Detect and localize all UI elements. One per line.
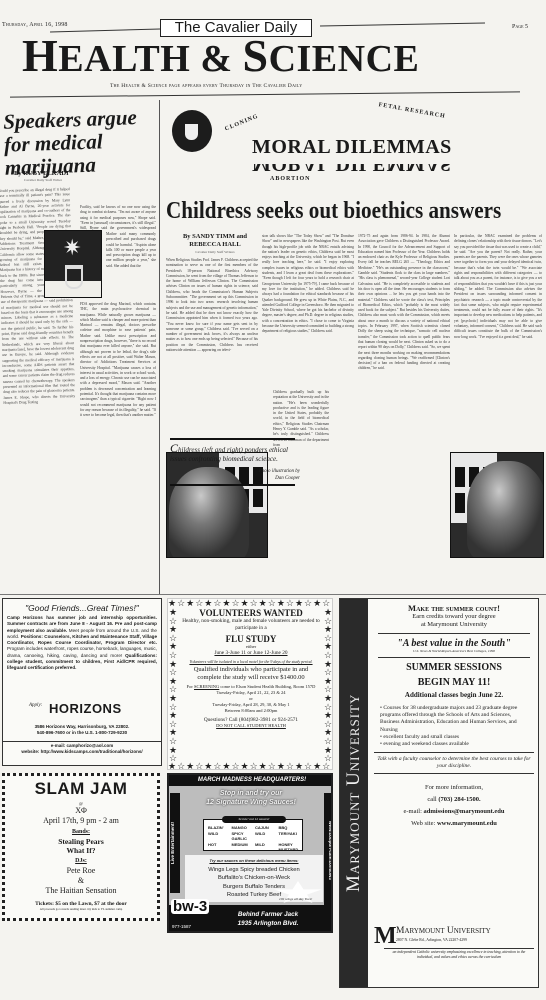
phone: 977-1587 (172, 924, 191, 929)
bullet-list: Courses for 38 undergraduate majors and … (380, 705, 532, 748)
notice: DO NOT CALL STUDENT HEALTH (181, 723, 321, 729)
hours: Between 8:00am and 2:00pm (181, 708, 321, 714)
keyword-fetal-research: FETAL RESEARCH (378, 102, 446, 120)
ad-contact: 3586 Horizons Way, Harrisonburg, VA 2280… (3, 724, 161, 735)
title-initial-h: H (22, 30, 58, 81)
menu-item: Wings Legs Spicy breaded Chicken (185, 866, 323, 875)
phone-number: (703) 284-1500. (438, 796, 480, 803)
apply-label: Apply: (29, 703, 42, 708)
ad-bw3[interactable]: MARCH MADNESS HEADQUARTERS! Stop in and … (167, 773, 333, 933)
dj-ampersand: & (5, 876, 157, 886)
headline-line: 12 Signature Wing Sauces! (183, 798, 319, 807)
logo-address: 2807 N. Glebe Rd., Arlington, VA 22207-4… (396, 938, 467, 942)
photo-caption: Childress (left and right) ponders ethic… (170, 438, 295, 464)
person-silhouette (169, 467, 249, 558)
ads-divider (0, 594, 546, 595)
phone: 540-896-7600 or in the U.S. 1-800-729-92… (3, 730, 161, 736)
sidebar-text: Marymount University (343, 605, 365, 981)
proceeds-note: All proceeds go towards sending inner ci… (5, 907, 157, 911)
photo-credit: Photo illustration by Dan Cooper (250, 468, 300, 482)
issue-date: Thursday, April 16, 1998 (2, 22, 68, 28)
presidential-seal-icon (172, 110, 212, 152)
camp-horizons-logo: HORIZONS (49, 701, 122, 716)
article-headline: Childress seeks out bioethics answers (166, 198, 501, 224)
sauce: WILD (208, 831, 230, 841)
bands-label: Bands: (5, 829, 157, 835)
section-title: HEALTH & SCIENCE (22, 36, 419, 79)
dj: The Haitian Sensation (5, 886, 157, 896)
article-byline-role: Cavalier Daily Staff Writers (180, 250, 250, 254)
paper-name: The Cavalier Daily (160, 19, 312, 37)
venue: ΧΦ (5, 806, 157, 816)
talk-counselor: Talk with a faculty counselor to determi… (374, 752, 534, 774)
study-dates: June 3-June 11 or June 12-June 20 (181, 650, 321, 657)
dj: Pete Roe (5, 866, 157, 876)
isolation-note: Volunteers will be isolated in a local m… (181, 659, 321, 664)
article-byline: By RUBY ELKADI (14, 170, 69, 177)
location-line: 1935 Arlington Blvd. (213, 919, 323, 928)
divider (378, 657, 530, 658)
ad-slam-jam[interactable]: SLAM JAM @ ΧΦ April 17th, 9 pm - 2 am Ba… (2, 773, 160, 921)
phone-line: call (703) 284-1500. (370, 794, 538, 806)
sauce: TERIYAKI (279, 831, 301, 841)
band: What If? (5, 846, 157, 855)
sauce: BLAZIN' (208, 825, 230, 830)
page-number: Page 5 (512, 24, 528, 30)
email-label: e-mail: (403, 808, 423, 815)
ad-marymount[interactable]: Marymount University Make the summer cou… (339, 598, 539, 988)
sauce: HOT (208, 842, 230, 852)
star-border-right: ★☆★☆★☆★☆★☆★☆★☆★☆★☆★☆★☆★☆★☆★☆★☆★☆★☆★☆★☆ (324, 608, 333, 762)
web-line: Web site: www.marymount.edu (370, 818, 538, 830)
ad-camp-footer: e-mail: camphorizo@aol.com website: http… (2, 742, 162, 766)
ad-sub: Earn credits toward your degree (370, 613, 538, 621)
burst-text: 10¢ wings all day Tues! (279, 897, 312, 901)
website-link[interactable]: website: http://www.kidscamps.com/tradit… (3, 749, 161, 755)
article-headline: Speakers argue for medical marijuana (3, 105, 163, 179)
divider (378, 633, 530, 634)
headline-line: Stop in and try our (183, 789, 319, 798)
logo-tagline: an independent Catholic university empha… (384, 948, 534, 960)
sauce: MANGO (232, 825, 254, 830)
masthead-rule-bottom (10, 91, 520, 97)
ad-banner: MARCH MADNESS HEADQUARTERS! (169, 775, 333, 786)
banner-moral-dilemmas: MORAL DILEMMAS (252, 138, 452, 156)
ad-body-bold: Positions: Counselors, Kitchen and Maint… (7, 634, 157, 645)
sauce: MILD (255, 842, 277, 852)
djs-label: DJs: (5, 858, 157, 864)
caption-text: hildress (left and right) ponders ethica… (170, 446, 288, 463)
more-info: For more information, (370, 782, 538, 794)
sauce: SPICY GARLIC (232, 831, 254, 841)
payment: Qualified individuals who participate in… (181, 666, 321, 682)
quote: "A best value in the South" (370, 638, 538, 649)
email-link[interactable]: admissions@marymount.edu (424, 808, 505, 815)
location: Behind Farmer Jack 1935 Arlington Blvd. (213, 910, 323, 928)
additional-classes: Additional classes begin June 22. (370, 691, 538, 699)
sauce: CAJUN (255, 825, 277, 830)
masthead-tagline: The Health & Science page appears every … (110, 83, 302, 89)
article-column: Mathre said many commonly prescribed and… (106, 232, 156, 300)
quote-source: U.S. News & World Report-America's Best … (370, 649, 538, 653)
sauce: WILD (255, 831, 277, 841)
article-column: In particular, the NBAC examined the pro… (454, 234, 542, 366)
star-border-top: ★☆★☆★☆★☆★☆★☆★☆★☆★☆★☆★☆★☆★☆★☆★☆★☆★☆★☆★☆ (168, 599, 334, 608)
contact-info: For more information, call (703) 284-150… (370, 782, 538, 830)
phone-label: call (427, 796, 438, 803)
ad-sub: at Marymount University (370, 621, 538, 629)
event-time: April 17th, 9 pm - 2 am (5, 816, 157, 826)
childress-photo-right (450, 452, 544, 558)
title-part-1: EALTH & (58, 38, 242, 80)
star-border-bottom: ★☆★☆★☆★☆★☆★☆★☆★☆★☆★☆★☆★☆★☆★☆★☆★☆★☆★☆★☆ (168, 762, 334, 771)
ad-title: SLAM JAM (5, 779, 157, 799)
ad-headline: "Good Friends...Great Times!" (7, 603, 157, 613)
sidebar-banner: Marymount University (340, 599, 368, 987)
bullet-item: excellent faculty and small classes (380, 734, 532, 741)
logo-m-icon: M (374, 924, 397, 948)
screening-pre: For (187, 684, 194, 689)
article-byline-role: Cavalier Daily Staff Writer (24, 178, 62, 182)
star-border-left: ★☆★☆★☆★☆★☆★☆★☆★☆★☆★☆★☆★☆★☆★☆★☆★☆★☆★☆★☆ (169, 608, 178, 762)
sauce: HONEY MUSTARD (279, 842, 301, 852)
web-label: Web site: (411, 820, 437, 827)
sauce-list: Scovie' out 12 sauces! BLAZIN' MANGO CAJ… (203, 819, 303, 851)
bullet-item: evening and weekend classes available (380, 741, 532, 748)
screening: For SCREENING come to Elson Student Heal… (181, 684, 321, 690)
article-marijuana: Speakers argue for medical marijuana By … (0, 100, 160, 595)
caption-rule (170, 484, 295, 486)
sauce-grid: BLAZIN' MANGO CAJUN BBQ WILD SPICY GARLI… (208, 825, 300, 852)
article-column: Facility, said he knows of no one now us… (80, 205, 156, 230)
window-pane (455, 493, 465, 513)
window-pane (253, 489, 263, 507)
caption-initial: C (170, 441, 178, 455)
sauce: BBQ (279, 825, 301, 830)
masthead: Thursday, April 16, 1998 Page 5 The Cava… (0, 0, 546, 100)
side-banner-left: Live Entertainment! (170, 793, 180, 893)
ad-intro: Healthy, non-smoking, male and female vo… (181, 618, 321, 631)
ad-flu-study[interactable]: ★☆★☆★☆★☆★☆★☆★☆★☆★☆★☆★☆★☆★☆★☆★☆★☆★☆★☆★☆ ★… (167, 598, 333, 770)
newspaper-page: Thursday, April 16, 1998 Page 5 The Cava… (0, 0, 546, 1000)
sauce: MEDIUM (232, 842, 254, 852)
website-link[interactable]: www.marymount.edu (437, 820, 497, 827)
marijuana-caduceus-illustration: ✷ (44, 230, 102, 298)
title-initial-s: S (242, 30, 268, 81)
person-silhouette (467, 461, 544, 558)
article-byline: By SANDY TIMM and REBECCA HALL (180, 233, 250, 249)
ad-headline: Stop in and try our 12 Signature Wing Sa… (183, 789, 319, 807)
bullet-item: Courses for 38 undergraduate majors and … (380, 705, 532, 734)
window-pane (455, 467, 465, 487)
article-column: When Religious Studies Prof. James F. Ch… (166, 258, 258, 388)
ad-body: Camp Horizons has summer job and interns… (7, 615, 157, 672)
masthead-rule-left (50, 29, 160, 33)
study-name: FLU STUDY (181, 634, 321, 644)
article-bioethics: CLONING FETAL RESEARCH ABORTION MORAL DI… (160, 100, 546, 595)
side-banner-right[interactable]: www.coupon-cafe.com/bw3 (324, 793, 333, 908)
email-line: e-mail: admissions@marymount.edu (370, 806, 538, 818)
band: Stealing Pears (5, 837, 157, 846)
sessions-line: BEGIN MAY 11! (370, 677, 538, 689)
article-column: FDA approved the drug Marinol, which con… (80, 302, 156, 590)
menu-item: Buffalito's Chicken-on-Weck (185, 874, 323, 883)
ad-content: Make the summer count! Earn credits towa… (370, 603, 538, 830)
bw3-logo: bw-3 (171, 899, 209, 914)
ad-title: VOLUNTEERS WANTED (181, 608, 321, 618)
sessions-line: SUMMER SESSIONS (370, 662, 538, 674)
ad-headline: Make the summer count! (370, 603, 538, 613)
ad-camp-horizons[interactable]: "Good Friends...Great Times!" Camp Horiz… (2, 598, 162, 742)
masthead-rule-right (320, 23, 485, 27)
flu-content: VOLUNTEERS WANTED Healthy, non-smoking, … (181, 608, 321, 729)
keyword-cloning: CLONING (224, 114, 259, 133)
logo-name: Marymount University (396, 926, 491, 936)
location-line: Behind Farmer Jack (213, 910, 323, 919)
chalice-icon (65, 265, 83, 289)
article-column: sion talk shows like "The Today Show" an… (262, 234, 354, 388)
screening-label: SCREENING (194, 684, 219, 689)
leaf-icon: ✷ (63, 237, 81, 259)
article-column: 1972-75 and again from 1986-94. In 1984,… (358, 234, 450, 466)
screening-location: come to Elson Student Health Building, R… (219, 684, 315, 689)
sauce-pill: Scovie' out 12 sauces! (222, 816, 286, 823)
keyword-abortion: ABORTION (270, 176, 310, 182)
menu-header: Try our sauces on these delicious menu i… (185, 857, 323, 866)
title-part-2: CIENCE (269, 38, 420, 80)
